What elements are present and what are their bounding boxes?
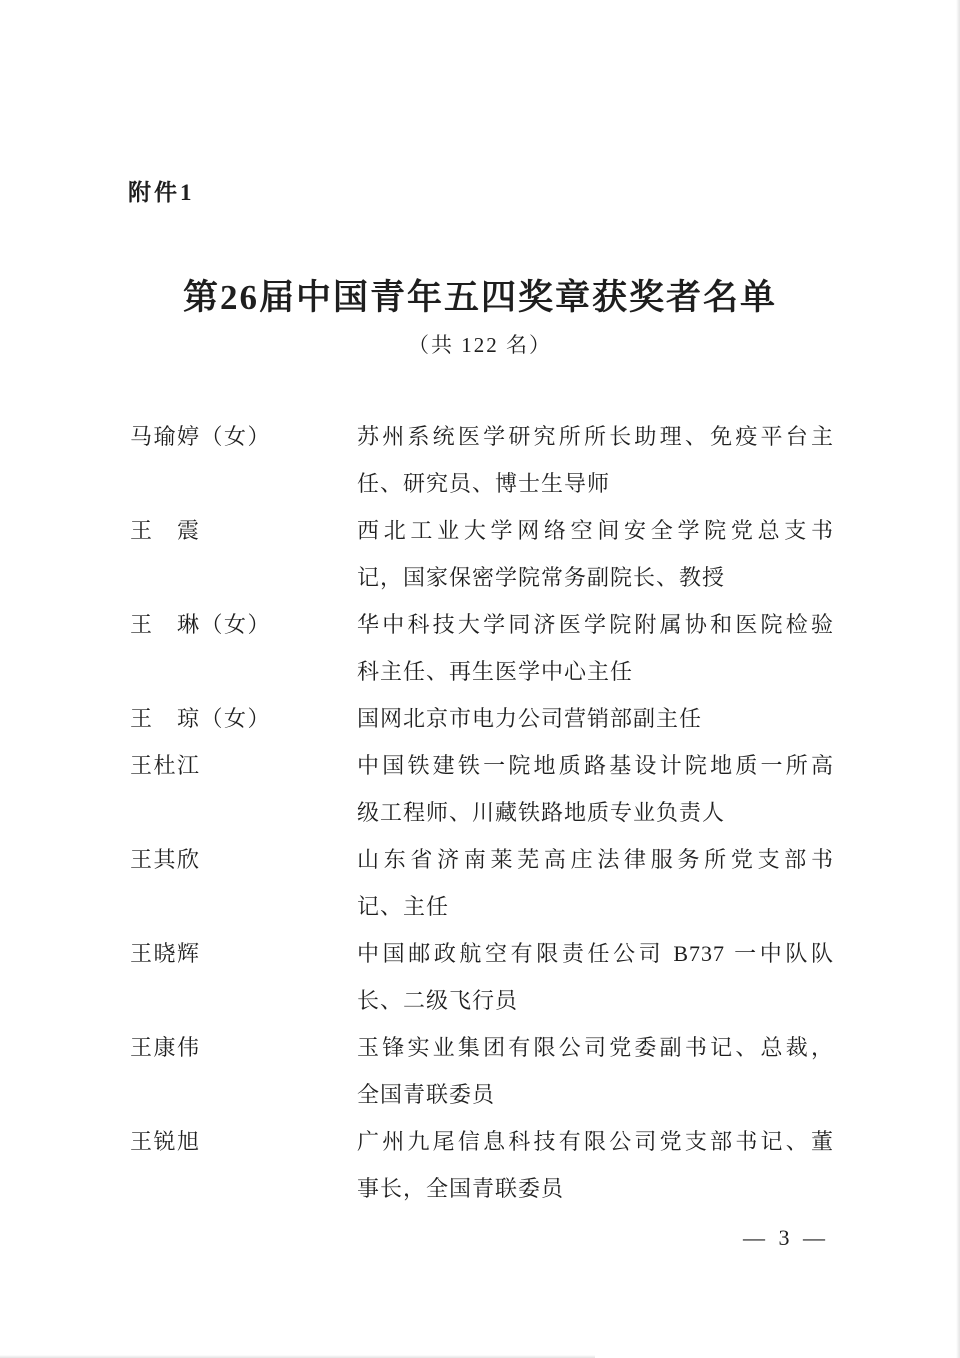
winner-description: 山东省济南莱芜高庄法律服务所党支部书记、主任 xyxy=(357,836,834,930)
winner-description-line: 中国邮政航空有限责任公司 B737 一中队队 xyxy=(357,930,834,977)
document-page: 附件1 第26届中国青年五四奖章获奖者名单 （共 122 名） 马瑜婷（女） 苏… xyxy=(0,0,960,1358)
winner-row: 王 震 西北工业大学网络空间安全学院党总支书记，国家保密学院常务副院长、教授 xyxy=(130,507,834,601)
attachment-label: 附件1 xyxy=(128,174,195,207)
page-number: — 3 — xyxy=(743,1225,829,1251)
winner-description-line: 任、研究员、博士生导师 xyxy=(357,460,834,507)
winner-list: 马瑜婷（女） 苏州系统医学研究所所长助理、免疫平台主任、研究员、博士生导师 王 … xyxy=(130,413,834,1212)
winner-description-line: 全国青联委员 xyxy=(357,1071,834,1118)
winner-row: 王锐旭 广州九尾信息科技有限公司党支部书记、董事长，全国青联委员 xyxy=(130,1118,834,1212)
winner-description: 华中科技大学同济医学院附属协和医院检验科主任、再生医学中心主任 xyxy=(357,601,834,695)
winner-description-line: 记、主任 xyxy=(357,883,834,930)
winner-description-line: 华中科技大学同济医学院附属协和医院检验 xyxy=(357,601,834,648)
winner-description-line: 中国铁建铁一院地质路基设计院地质一所高 xyxy=(357,742,834,789)
winner-description: 苏州系统医学研究所所长助理、免疫平台主任、研究员、博士生导师 xyxy=(357,413,834,507)
winner-name: 王康伟 xyxy=(130,1024,357,1071)
winner-description-line: 西北工业大学网络空间安全学院党总支书 xyxy=(357,507,834,554)
winner-description-line: 玉锋实业集团有限公司党委副书记、总裁， xyxy=(357,1024,834,1071)
winner-name: 王 琼（女） xyxy=(130,695,357,742)
winner-description: 中国邮政航空有限责任公司 B737 一中队队长、二级飞行员 xyxy=(357,930,834,1024)
winner-row: 王 琼（女） 国网北京市电力公司营销部副主任 xyxy=(130,695,834,742)
winner-description-line: 记，国家保密学院常务副院长、教授 xyxy=(357,554,834,601)
winner-description-line: 科主任、再生医学中心主任 xyxy=(357,648,834,695)
winner-row: 王晓辉 中国邮政航空有限责任公司 B737 一中队队长、二级飞行员 xyxy=(130,930,834,1024)
winner-description-line: 山东省济南莱芜高庄法律服务所党支部书 xyxy=(357,836,834,883)
winner-name: 王锐旭 xyxy=(130,1118,357,1165)
winner-description: 国网北京市电力公司营销部副主任 xyxy=(357,695,834,742)
winner-name: 王晓辉 xyxy=(130,930,357,977)
winner-description-line: 国网北京市电力公司营销部副主任 xyxy=(357,695,834,742)
winner-description: 广州九尾信息科技有限公司党支部书记、董事长，全国青联委员 xyxy=(357,1118,834,1212)
winner-description-line: 长、二级飞行员 xyxy=(357,977,834,1024)
winner-name: 王 震 xyxy=(130,507,357,554)
winner-name: 王杜江 xyxy=(130,742,357,789)
document-subtitle: （共 122 名） xyxy=(0,329,960,359)
winner-row: 马瑜婷（女） 苏州系统医学研究所所长助理、免疫平台主任、研究员、博士生导师 xyxy=(130,413,834,507)
winner-description: 西北工业大学网络空间安全学院党总支书记，国家保密学院常务副院长、教授 xyxy=(357,507,834,601)
winner-row: 王杜江 中国铁建铁一院地质路基设计院地质一所高级工程师、川藏铁路地质专业负责人 xyxy=(130,742,834,836)
winner-row: 王康伟 玉锋实业集团有限公司党委副书记、总裁，全国青联委员 xyxy=(130,1024,834,1118)
winner-description-line: 广州九尾信息科技有限公司党支部书记、董 xyxy=(357,1118,834,1165)
document-title: 第26届中国青年五四奖章获奖者名单 xyxy=(0,270,960,320)
winner-description-line: 事长，全国青联委员 xyxy=(357,1165,834,1212)
winner-name: 王 琳（女） xyxy=(130,601,357,648)
winner-description-line: 苏州系统医学研究所所长助理、免疫平台主 xyxy=(357,413,834,460)
winner-description-line: 级工程师、川藏铁路地质专业负责人 xyxy=(357,789,834,836)
winner-name: 王其欣 xyxy=(130,836,357,883)
winner-row: 王 琳（女） 华中科技大学同济医学院附属协和医院检验科主任、再生医学中心主任 xyxy=(130,601,834,695)
winner-row: 王其欣 山东省济南莱芜高庄法律服务所党支部书记、主任 xyxy=(130,836,834,930)
winner-name: 马瑜婷（女） xyxy=(130,413,357,460)
winner-description: 玉锋实业集团有限公司党委副书记、总裁，全国青联委员 xyxy=(357,1024,834,1118)
winner-description: 中国铁建铁一院地质路基设计院地质一所高级工程师、川藏铁路地质专业负责人 xyxy=(357,742,834,836)
scan-edge-right xyxy=(956,0,960,1358)
